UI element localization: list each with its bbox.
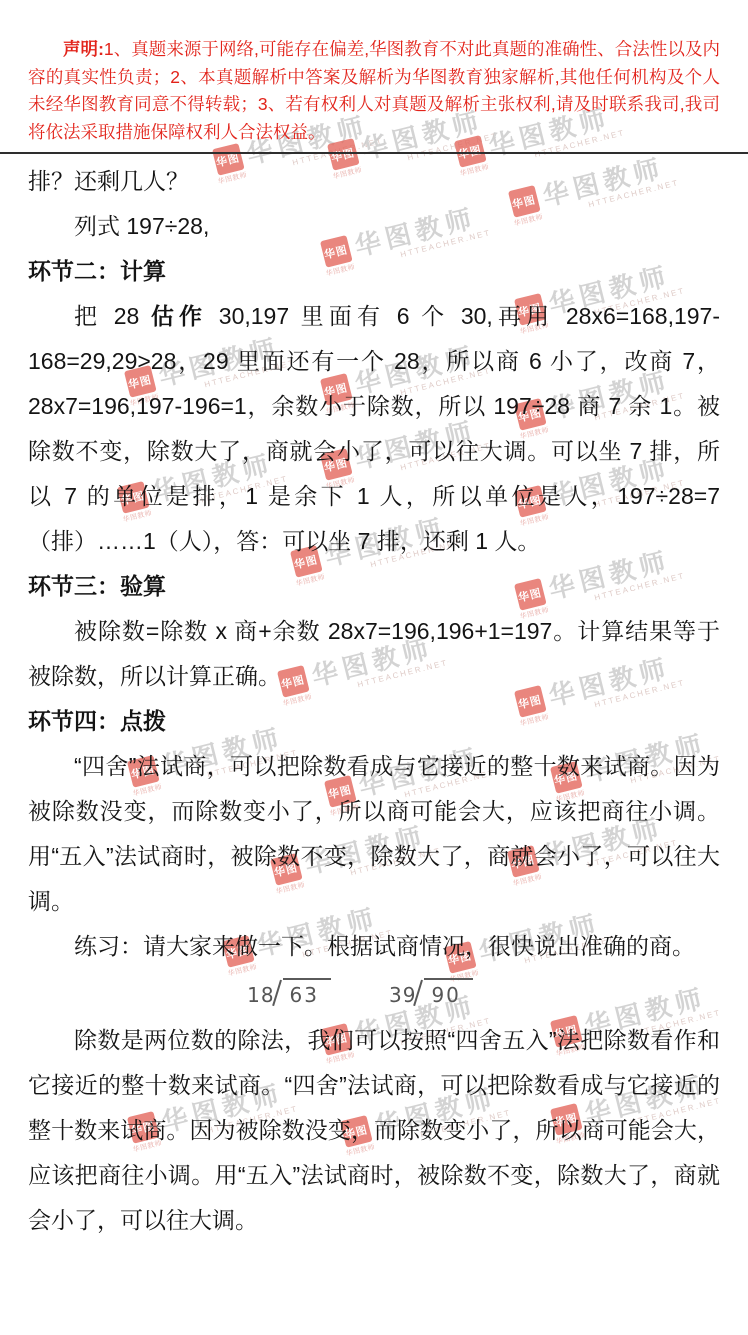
section-4-paragraph-1: “四舍”法试商，可以把除数看成与它接近的整十数来试商。因为被除数没变，而除数变小… bbox=[28, 744, 720, 924]
section-2-paragraph: 把 28 估作 30,197 里面有 6 个 30,再用 28x6=168,19… bbox=[28, 294, 720, 564]
disclaimer-paragraph: 声明:1、真题来源于网络,可能存在偏差,华图教育不对此真题的准确性、合法性以及内… bbox=[28, 36, 720, 146]
dividend-value: 63 bbox=[283, 978, 331, 1007]
para-run: 30,197 里面有 6 个 30,再用 28x6=168,197-168=29… bbox=[28, 303, 720, 554]
section-3-paragraph: 被除数=除数 x 商+余数 28x7=196,196+1=197。计算结果等于被… bbox=[28, 609, 720, 699]
disclaimer-text: 1、真题来源于网络,可能存在偏差,华图教育不对此真题的准确性、合法性以及内容的真… bbox=[28, 39, 720, 142]
para-run: 把 28 bbox=[74, 303, 151, 329]
divisor-value: 18 bbox=[247, 978, 274, 1007]
divisor-value: 39 bbox=[389, 978, 416, 1007]
document-content: 声明:1、真题来源于网络,可能存在偏差,华图教育不对此真题的准确性、合法性以及内… bbox=[0, 0, 748, 1243]
para-run-bold: 估作 bbox=[151, 303, 207, 329]
practice-prompt: 练习：请大家来做一下。根据试商情况，很快说出准确的商。 bbox=[28, 924, 720, 969]
division-exercises: 18 63 39 90 bbox=[14, 969, 706, 1018]
dividend-value: 90 bbox=[424, 978, 472, 1007]
section-4-paragraph-2: 除数是两位数的除法，我们可以按照“四舍五入”法把除数看作和它接近的整十数来试商。… bbox=[28, 1018, 720, 1243]
long-division-exercise-2: 39 90 bbox=[389, 978, 473, 1007]
document-page: 华图华图教师华图教师HTTEACHER.NET华图华图教师华图教师HTTEACH… bbox=[0, 0, 748, 1335]
carryover-line: 排？还剩几人？ bbox=[28, 159, 720, 204]
section-heading-2: 环节二：计算 bbox=[28, 249, 720, 294]
equation-line: 列式 197÷28, bbox=[28, 204, 720, 249]
section-divider bbox=[0, 152, 748, 154]
disclaimer-label: 声明: bbox=[63, 39, 104, 59]
section-heading-3: 环节三：验算 bbox=[28, 564, 720, 609]
lesson-body: 排？还剩几人？ 列式 197÷28, 环节二：计算 把 28 估作 30,197… bbox=[28, 159, 720, 1243]
section-heading-4: 环节四：点拨 bbox=[28, 699, 720, 744]
long-division-exercise-1: 18 63 bbox=[247, 978, 331, 1007]
